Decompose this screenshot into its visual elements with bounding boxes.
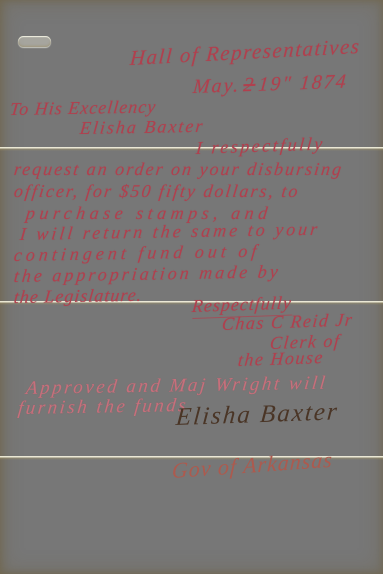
body-line-2: request an order on your disbursing (14, 159, 343, 180)
body-line-1: I respectfully (196, 134, 325, 159)
paper-fold-line (0, 147, 383, 151)
body-line-7: the appropriation made by (14, 261, 281, 287)
date-rest: 19" 1874 (257, 71, 348, 96)
place-text: Hall of Representatives (129, 34, 361, 71)
letter-photo: Hall of Representatives May.219" 1874 To… (0, 0, 383, 574)
date-line: May.219" 1874 (193, 71, 349, 99)
governor-signature: Elisha Baxter (176, 398, 340, 432)
date-prefix: May. (192, 74, 241, 98)
governor-title: Gov of Arkansas (171, 447, 334, 484)
body-line-3: officer, for $50 fifty dollars, to (14, 181, 300, 202)
place-line: Hall of Representatives (129, 34, 361, 71)
date-struck-character: 2 (242, 74, 256, 96)
body-line-5: I will return the same to your (20, 219, 321, 245)
clerk-title-line-2: the House (238, 347, 325, 371)
salutation-line-2: Elisha Baxter (80, 116, 205, 139)
body-line-8: the Legislature. (14, 285, 143, 308)
embossed-stamp (18, 36, 51, 47)
endorsement-line-2: furnish the funds (18, 395, 189, 420)
